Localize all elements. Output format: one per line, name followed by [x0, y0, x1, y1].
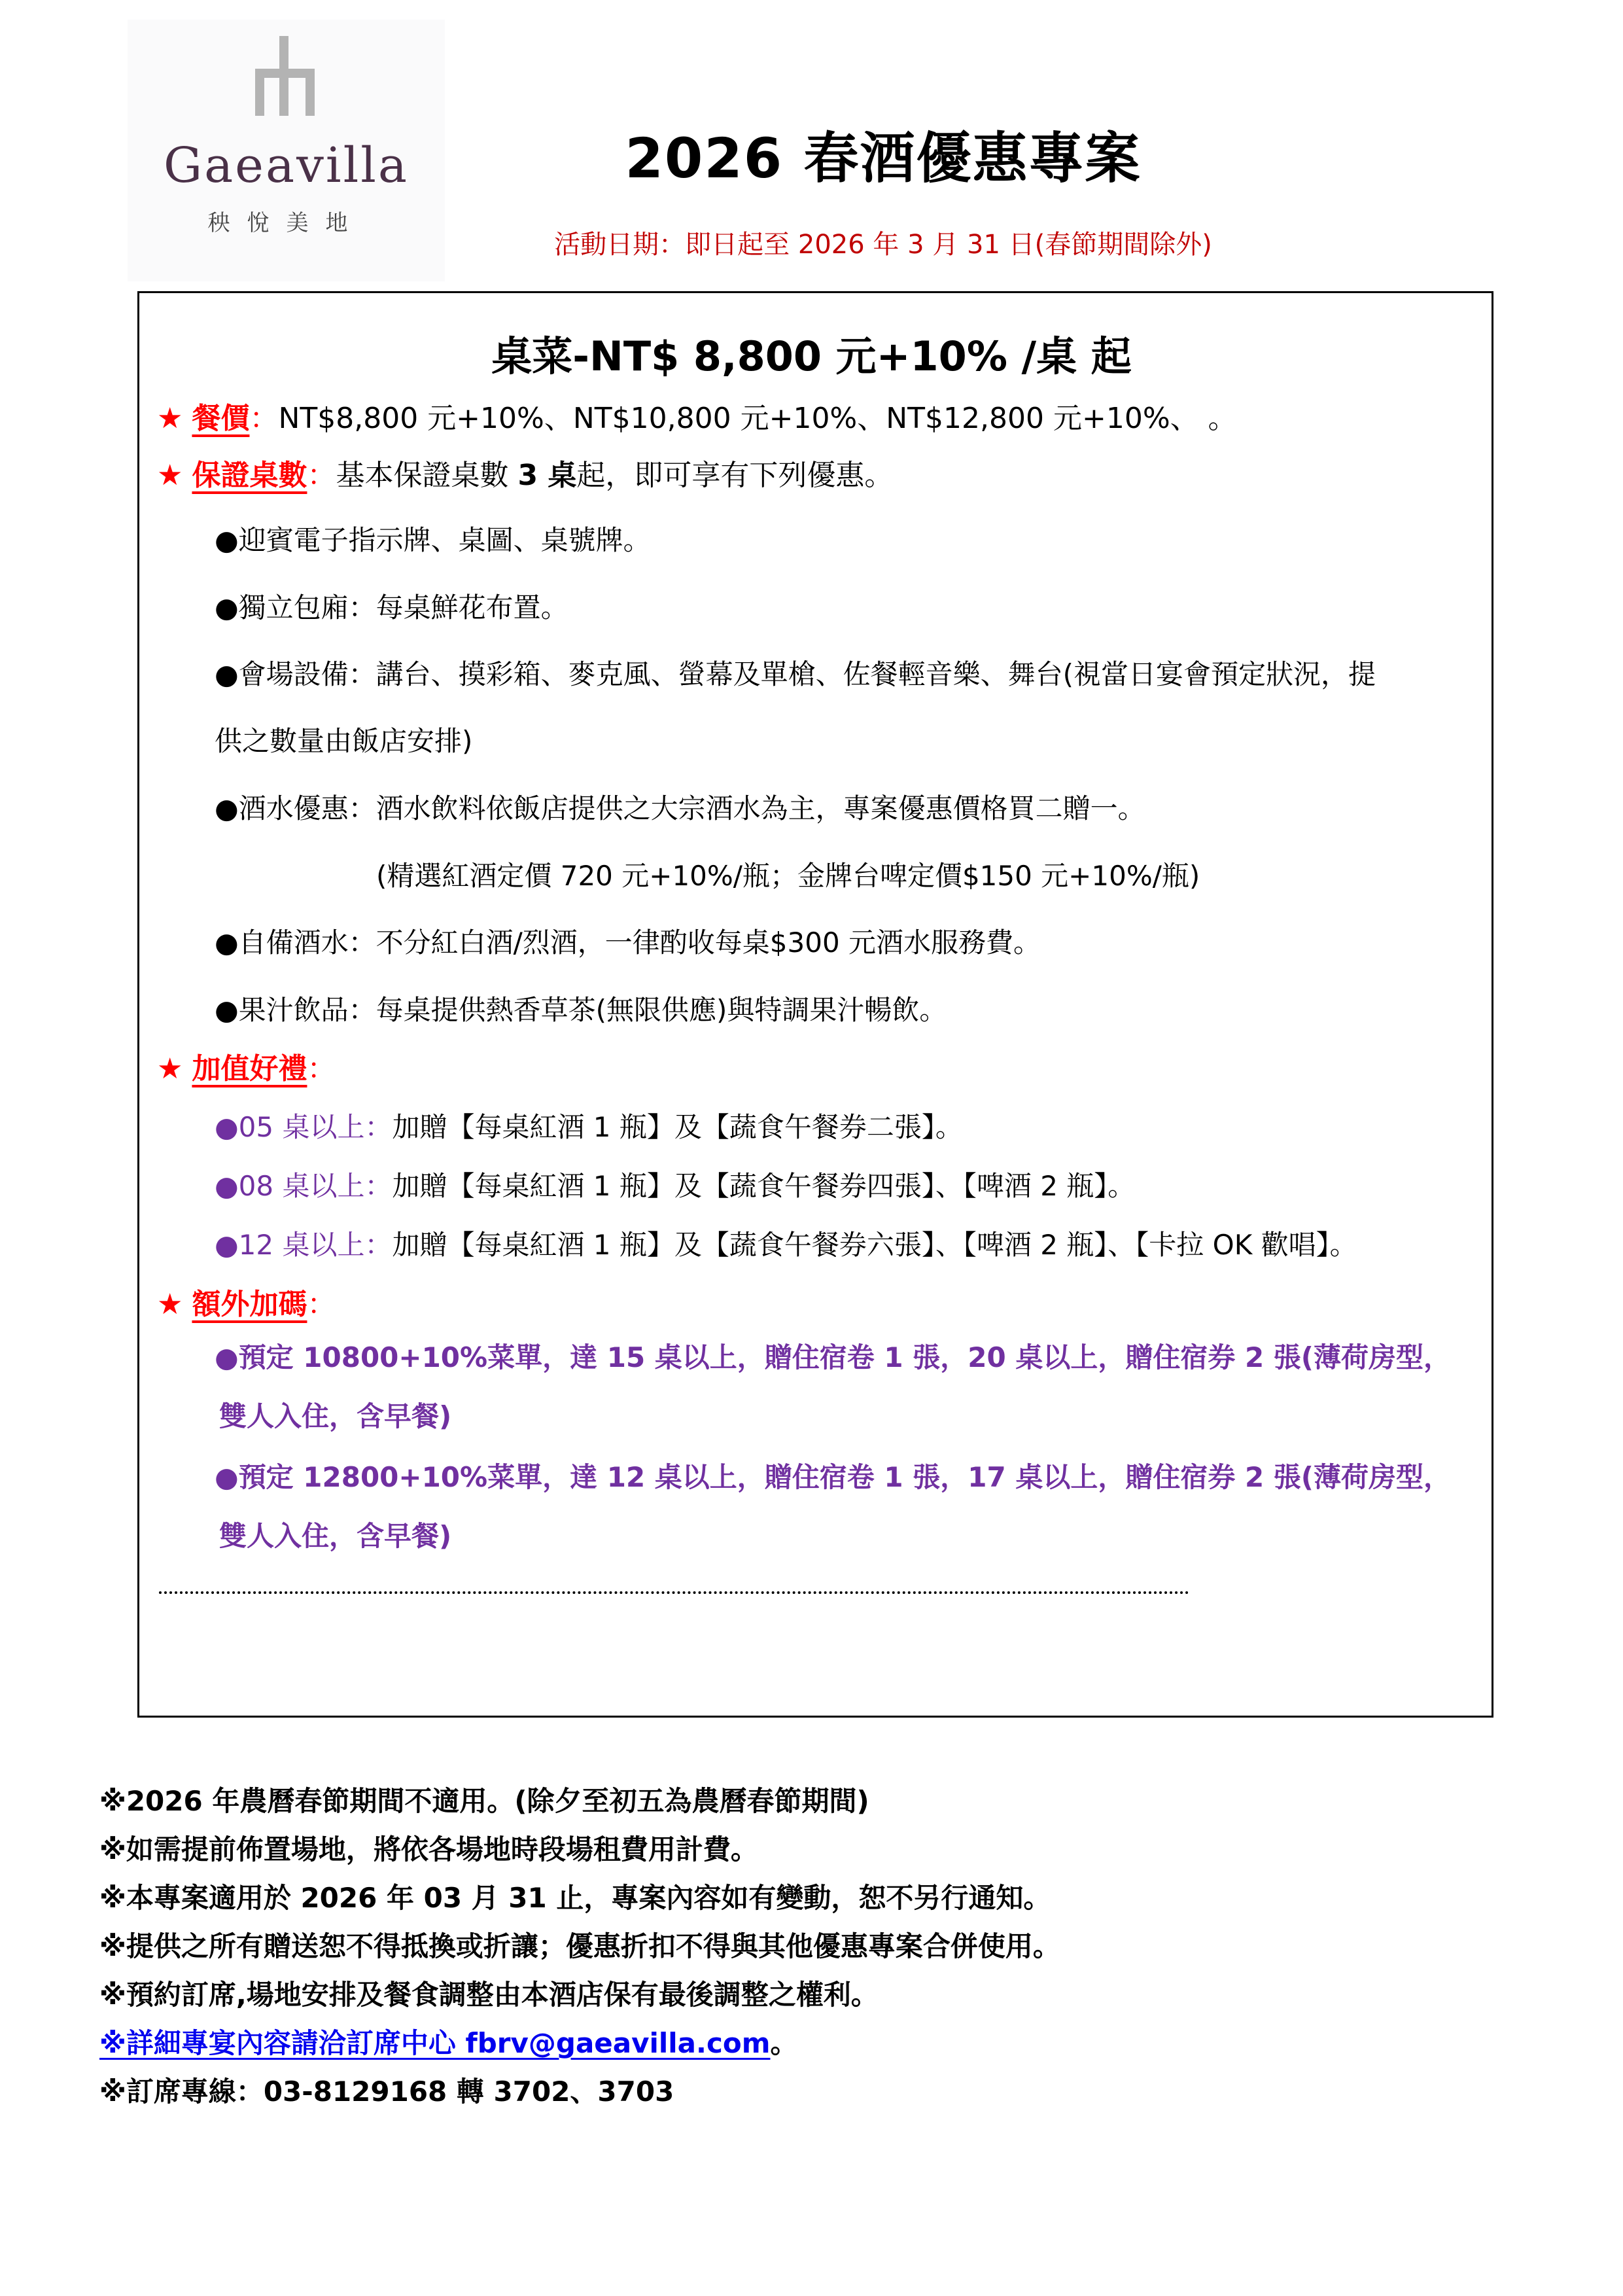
note-item: ※如需提前佈置場地，將依各場地時段場租費用計費。: [99, 1828, 758, 1867]
gifts-label: 加值好禮: [192, 1052, 307, 1086]
price-line: ★ 餐價：NT$8,800 元+10%、NT$10,800 元+10%、NT$1…: [157, 395, 1237, 436]
benefit-item: ●果汁飲品：每桌提供熱香草茶(無限供應)與特調果汁暢飲。: [215, 989, 947, 1028]
note-item: ※提供之所有贈送恕不得抵換或折讓；優惠折扣不得與其他優惠專案合併使用。: [99, 1925, 1060, 1964]
beverage-price-note: (精選紅酒定價 720 元+10%/瓶；金牌台啤定價$150 元+10%/瓶): [376, 855, 1200, 894]
benefit-item: ●獨立包廂：每桌鮮花布置。: [215, 586, 568, 626]
price-label: 餐價: [192, 402, 249, 435]
gift-tier: ●05 桌以上：加贈【每桌紅酒 1 瓶】及【蔬食午餐券二張】。: [215, 1106, 963, 1145]
guarantee-label: 保證桌數: [192, 459, 307, 492]
gifts-heading: ★ 加值好禮：: [157, 1045, 336, 1087]
contact-line: ※詳細專宴內容請洽訂席中心 fbrv@gaeavilla.com。: [99, 2022, 798, 2061]
benefit-item: ●會場設備：講台、摸彩箱、麥克風、螢幕及單槍、佐餐輕音樂、舞台(視當日宴會預定狀…: [215, 653, 1376, 692]
phone-line: ※訂席專線：03-8129168 轉 3702、3703: [99, 2070, 674, 2110]
extra-offer: ●預定 12800+10%菜單，達 12 桌以上，贈住宿卷 1 張，17 桌以上…: [215, 1456, 1451, 1495]
gift-tier-label: ●12 桌以上：: [215, 1229, 392, 1261]
page-title: 2026 春酒優惠專案: [0, 115, 1623, 194]
extra-offer-continued: 雙人入住，含早餐): [219, 1515, 451, 1554]
gift-tier-label: ●08 桌以上：: [215, 1170, 392, 1202]
benefit-item: ●迎賓電子指示牌、桌圖、桌號牌。: [215, 519, 651, 558]
star-icon: ★: [157, 1052, 183, 1086]
event-date: 活動日期：即日起至 2026 年 3 月 31 日(春節期間除外): [0, 224, 1623, 261]
note-item: ※預約訂席,場地安排及餐食調整由本酒店保有最後調整之權利。: [99, 1973, 879, 2013]
benefit-item: ●酒水優惠：酒水飲料依飯店提供之大宗酒水為主，專案優惠價格買二贈一。: [215, 787, 1145, 826]
benefit-item: ●自備酒水：不分紅白酒/烈酒，一律酌收每桌$300 元酒水服務費。: [215, 921, 1041, 961]
extra-offer-continued: 雙人入住，含早餐): [219, 1395, 451, 1434]
extra-heading: ★ 額外加碼：: [157, 1280, 336, 1322]
note-item: ※2026 年農曆春節期間不適用。(除夕至初五為農曆春節期間): [99, 1780, 869, 1819]
min-tables: 3 桌: [517, 459, 576, 492]
star-icon: ★: [157, 1288, 183, 1321]
guarantee-line: ★ 保證桌數：基本保證桌數 3 桌起，即可享有下列優惠。: [157, 451, 893, 493]
contact-email-link[interactable]: ※詳細專宴內容請洽訂席中心 fbrv@gaeavilla.com: [99, 2027, 771, 2059]
extra-offer: ●預定 10800+10%菜單，達 15 桌以上，贈住宿卷 1 張，20 桌以上…: [215, 1336, 1451, 1375]
note-item: ※本專案適用於 2026 年 03 月 31 止，專案內容如有變動，恕不另行通知…: [99, 1877, 1051, 1916]
dashed-divider: [159, 1591, 1189, 1594]
gift-tier: ●08 桌以上：加贈【每桌紅酒 1 瓶】及【蔬食午餐券四張】、【啤酒 2 瓶】。: [215, 1165, 1135, 1204]
gift-tier-label: ●05 桌以上：: [215, 1111, 392, 1143]
benefit-item-continued: 供之數量由飯店安排): [215, 720, 472, 759]
offer-heading: 桌菜-NT$ 8,800 元+10% /桌 起: [0, 324, 1623, 382]
gift-tier: ●12 桌以上：加贈【每桌紅酒 1 瓶】及【蔬食午餐券六張】、【啤酒 2 瓶】、…: [215, 1224, 1357, 1263]
star-icon: ★: [157, 459, 183, 492]
price-text: NT$8,800 元+10%、NT$10,800 元+10%、NT$12,800…: [278, 402, 1236, 435]
extra-label: 額外加碼: [192, 1288, 307, 1321]
star-icon: ★: [157, 402, 183, 435]
